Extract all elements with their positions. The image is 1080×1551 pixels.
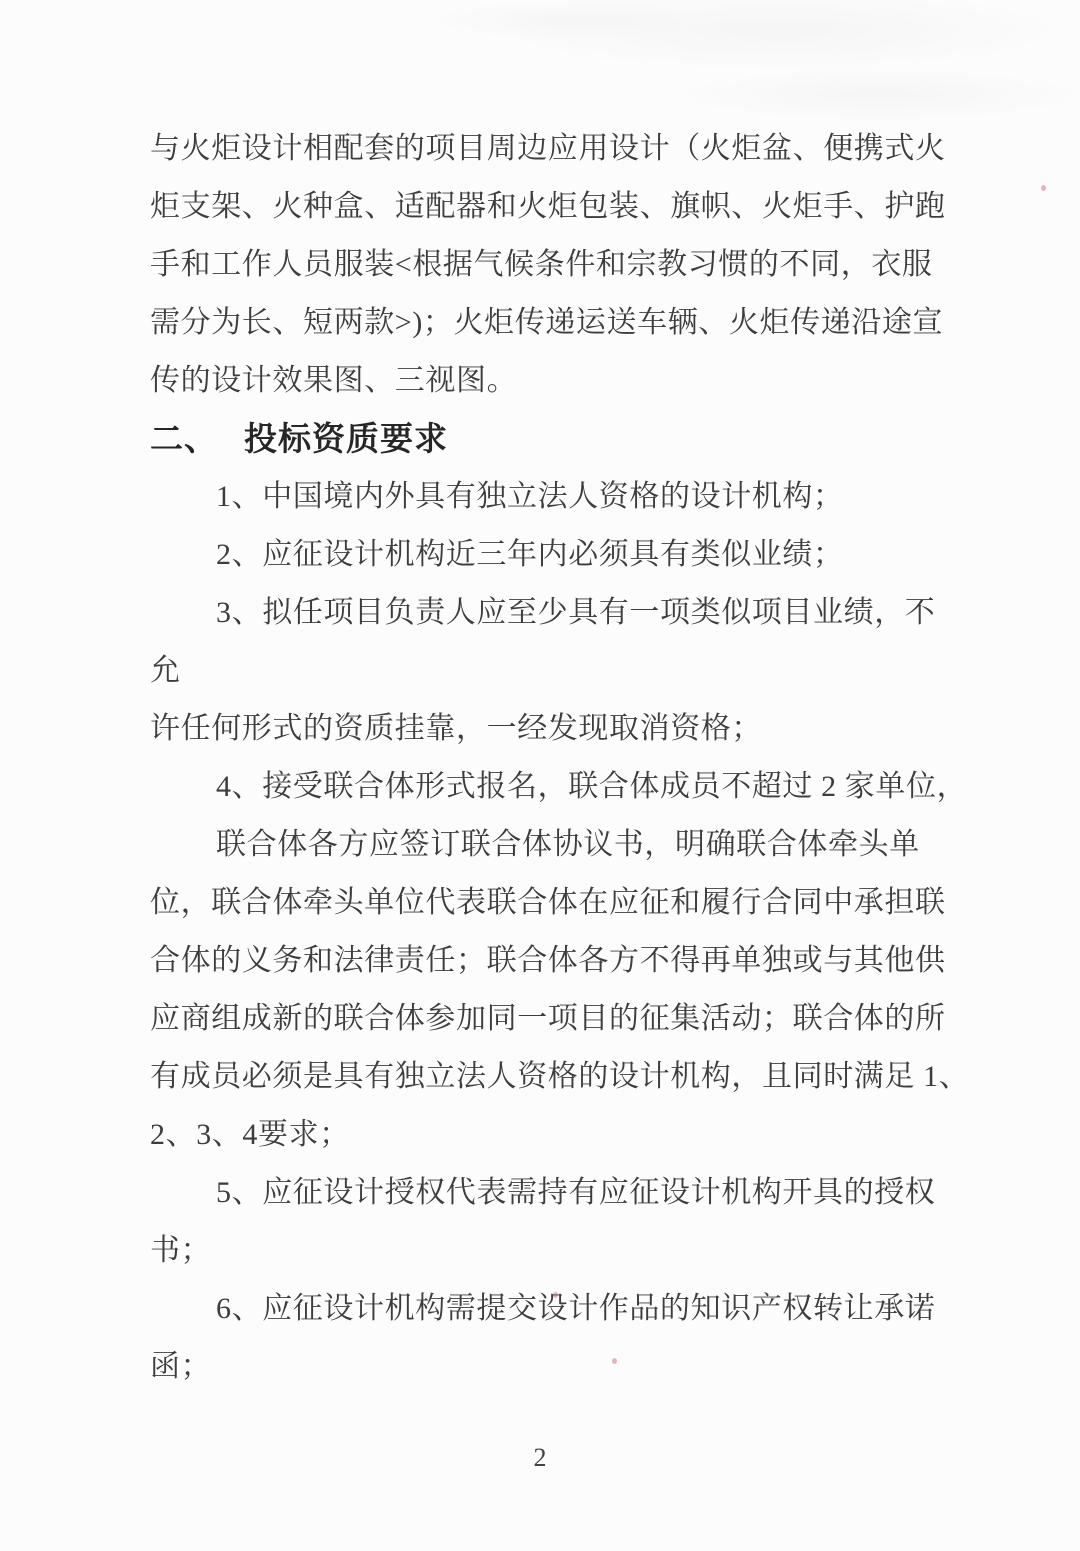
section-heading: 二、投标资质要求	[150, 410, 950, 468]
list-item-line: 2、应征设计机构近三年内必须具有类似业绩；	[150, 526, 950, 584]
text-line: 有成员必须是具有独立法人资格的设计机构，且同时满足 1、	[150, 1048, 950, 1106]
text-line: 函；	[150, 1338, 950, 1396]
list-item-line: 4、接受联合体形式报名，联合体成员不超过 2 家单位，	[150, 758, 950, 816]
document-body: 与火炬设计相配套的项目周边应用设计（火炬盆、便携式火 炬支架、火种盒、适配器和火…	[150, 120, 950, 1396]
text-line: 允	[150, 642, 950, 700]
list-item-line: 3、拟任项目负责人应至少具有一项类似项目业绩，不	[150, 584, 950, 642]
text-line: 位，联合体牵头单位代表联合体在应征和履行合同中承担联	[150, 874, 950, 932]
scan-speck	[1041, 185, 1046, 191]
text-line: 许任何形式的资质挂靠，一经发现取消资格；	[150, 700, 950, 758]
text-line: 应商组成新的联合体参加同一项目的征集活动；联合体的所	[150, 990, 950, 1048]
text-line: 2、3、4要求；	[150, 1106, 950, 1164]
page-number: 2	[0, 1443, 1080, 1473]
text-line: 联合体各方应签订联合体协议书，明确联合体牵头单	[150, 816, 950, 874]
document-page: 与火炬设计相配套的项目周边应用设计（火炬盆、便携式火 炬支架、火种盒、适配器和火…	[0, 0, 1080, 1551]
list-item-line: 5、应征设计授权代表需持有应征设计机构开具的授权	[150, 1164, 950, 1222]
section-heading-title: 投标资质要求	[244, 420, 448, 457]
text-line: 合体的义务和法律责任；联合体各方不得再单独或与其他供	[150, 932, 950, 990]
list-item-line: 1、中国境内外具有独立法人资格的设计机构；	[150, 468, 950, 526]
section-heading-number: 二、	[150, 420, 218, 457]
text-line: 传的设计效果图、三视图。	[150, 352, 950, 410]
list-item-line: 6、应征设计机构需提交设计作品的知识产权转让承诺	[150, 1280, 950, 1338]
text-line: 炬支架、火种盒、适配器和火炬包装、旗帜、火炬手、护跑	[150, 178, 950, 236]
text-line: 与火炬设计相配套的项目周边应用设计（火炬盆、便携式火	[150, 120, 950, 178]
text-line: 手和工作人员服装<根据气候条件和宗教习惯的不同，衣服	[150, 236, 950, 294]
text-line: 需分为长、短两款>)；火炬传递运送车辆、火炬传递沿途宣	[150, 294, 950, 352]
text-line: 书；	[150, 1222, 950, 1280]
scan-noise	[0, 0, 1080, 120]
